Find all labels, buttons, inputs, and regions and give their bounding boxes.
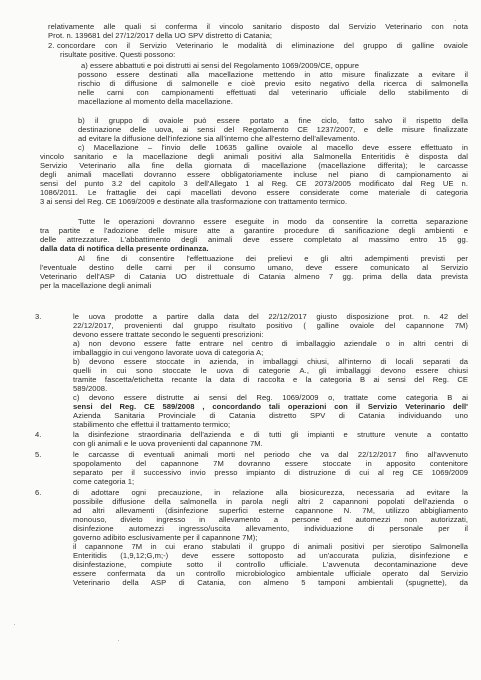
text-line: a) non devono essere fatte entrare nel c… bbox=[73, 339, 468, 348]
text-line: b) devono essere stoccate in azienda, in… bbox=[73, 357, 468, 366]
document-page: relativamente alle quali si conferma il … bbox=[0, 0, 481, 680]
text-line: risultate positive. Questi possono: bbox=[60, 50, 175, 59]
text-line: le uova prodotte a partire dalla data de… bbox=[73, 312, 468, 321]
text-line: tra partite e l'adozione delle misure at… bbox=[40, 226, 468, 235]
text-line: il capannone 7M in cui erano stabulati i… bbox=[73, 542, 468, 551]
scan-speck bbox=[118, 640, 119, 641]
text-line: Servizio Veterinario alla fine della gio… bbox=[40, 161, 468, 170]
text-line: ad altri allevamenti (disinfezione super… bbox=[73, 506, 468, 515]
list-number: 2. bbox=[48, 41, 54, 50]
text-line: sensi del Reg. CE 589/2008 , concordando… bbox=[73, 402, 468, 411]
text-line: sensi del punto 3.2 del capitolo 3 dell'… bbox=[40, 179, 468, 188]
text-line: Azienda Sanitaria Provinciale di Catania… bbox=[73, 411, 468, 420]
text-line: c) Macellazione – l'invio delle 10635 ga… bbox=[78, 143, 468, 152]
list-number: 4. bbox=[35, 430, 41, 439]
text-line: governo adibito esclusivamente per il ca… bbox=[73, 533, 258, 542]
text-line: macellazione al momento della macellazio… bbox=[78, 97, 233, 106]
text-line: Tutte le operazioni dovranno essere eseg… bbox=[78, 217, 468, 226]
text-line: rischio di diffusione di salmonelle e ci… bbox=[78, 79, 468, 88]
text-line: come categoria 1; bbox=[73, 477, 134, 486]
text-line: spopolamento del capannone 7M dovranno e… bbox=[73, 459, 468, 468]
text-line: 22/12/2017, provenienti dal gruppo risul… bbox=[73, 321, 468, 330]
text-line: devono essere trattate secondo le seguen… bbox=[73, 330, 264, 339]
text-line: stabilimento che effettui il trattamento… bbox=[73, 420, 230, 429]
text-line: 3 ai sensi del Reg. CE 1069/2009 e desti… bbox=[40, 197, 347, 206]
text-line: le carcasse di eventuali animali morti n… bbox=[73, 450, 468, 459]
text-line: separato per il successivo invio presso … bbox=[73, 468, 468, 477]
text-line: a) essere abbattuti e poi distrutti ai s… bbox=[81, 61, 359, 70]
text-line: disinfestazione, compiute sotto il contr… bbox=[73, 560, 468, 569]
text-line: degli animali macellati dovranno essere … bbox=[40, 170, 468, 179]
text-line: quelli in cui sono stoccate le uova di c… bbox=[73, 366, 468, 375]
text-line: relativamente alle quali si conferma il … bbox=[48, 22, 468, 31]
text-line: disinfezione automezzi ingresso/uscita a… bbox=[73, 524, 468, 533]
text-line: imballaggio in cui vengono lavorate uova… bbox=[73, 348, 263, 357]
list-number: 6. bbox=[35, 488, 41, 497]
text-line: concordare con il Servizio Veterinario l… bbox=[57, 41, 468, 50]
text-line: la disinfezione straordinaria dell'azien… bbox=[73, 430, 468, 439]
text-line: Enteritidis (1,9,12;G,m;-) deve essere s… bbox=[73, 551, 468, 560]
text-line: Veterinario della ASP di Catania, con al… bbox=[73, 578, 468, 587]
text-line: possibile diffusione della salmonella in… bbox=[73, 497, 468, 506]
text-line: destinazione delle uova, ai sensi del Re… bbox=[78, 125, 468, 134]
text-line: per la macellazione degli animali bbox=[40, 281, 151, 290]
text-line: c) devono essere distrutte ai sensi del … bbox=[73, 393, 468, 402]
scan-speck bbox=[455, 20, 456, 21]
text-line: essere confermata da un controllo microb… bbox=[73, 569, 468, 578]
list-number: 3. bbox=[35, 312, 41, 321]
text-line: con gli animali e le uova provenienti da… bbox=[73, 439, 263, 448]
text-line: Prot. n. 139681 del 27/12/2017 della UO … bbox=[48, 31, 272, 40]
text-line: delle attrezzature. L'abbattimento degli… bbox=[40, 235, 468, 244]
text-line: 589/2008. bbox=[73, 384, 107, 393]
text-line: possono essere destinati alla macellazio… bbox=[78, 70, 468, 79]
text-line: Al fine di consentire l'effettuazione de… bbox=[78, 254, 468, 263]
text-line: di adottare ogni precauzione, in relazio… bbox=[73, 488, 468, 497]
list-number: 5. bbox=[35, 450, 41, 459]
text-line: b) il gruppo di ovaiole può essere porta… bbox=[78, 116, 468, 125]
text-line-bold: dalla data di notifica della presente or… bbox=[40, 244, 209, 253]
text-line: l'eventuale destino delle carni per il c… bbox=[40, 263, 468, 272]
scan-speck bbox=[14, 624, 15, 625]
text-line: monouso, divieto ingresso in allevamento… bbox=[73, 515, 468, 524]
text-line: 1086/2011. Le frattaglie dei capi macell… bbox=[40, 188, 468, 197]
text-line: Veterinario dell'ASP di Catania UO distr… bbox=[40, 272, 468, 281]
text-line: nelle carni con campionamenti effettuati… bbox=[78, 88, 468, 97]
text-line: tramite fascetta/etichetta recante la da… bbox=[73, 375, 468, 384]
text-line: ad evitare la diffusione dell'infezione … bbox=[78, 134, 360, 143]
text-line: vincolo sanitario e la macellazione degl… bbox=[40, 152, 468, 161]
